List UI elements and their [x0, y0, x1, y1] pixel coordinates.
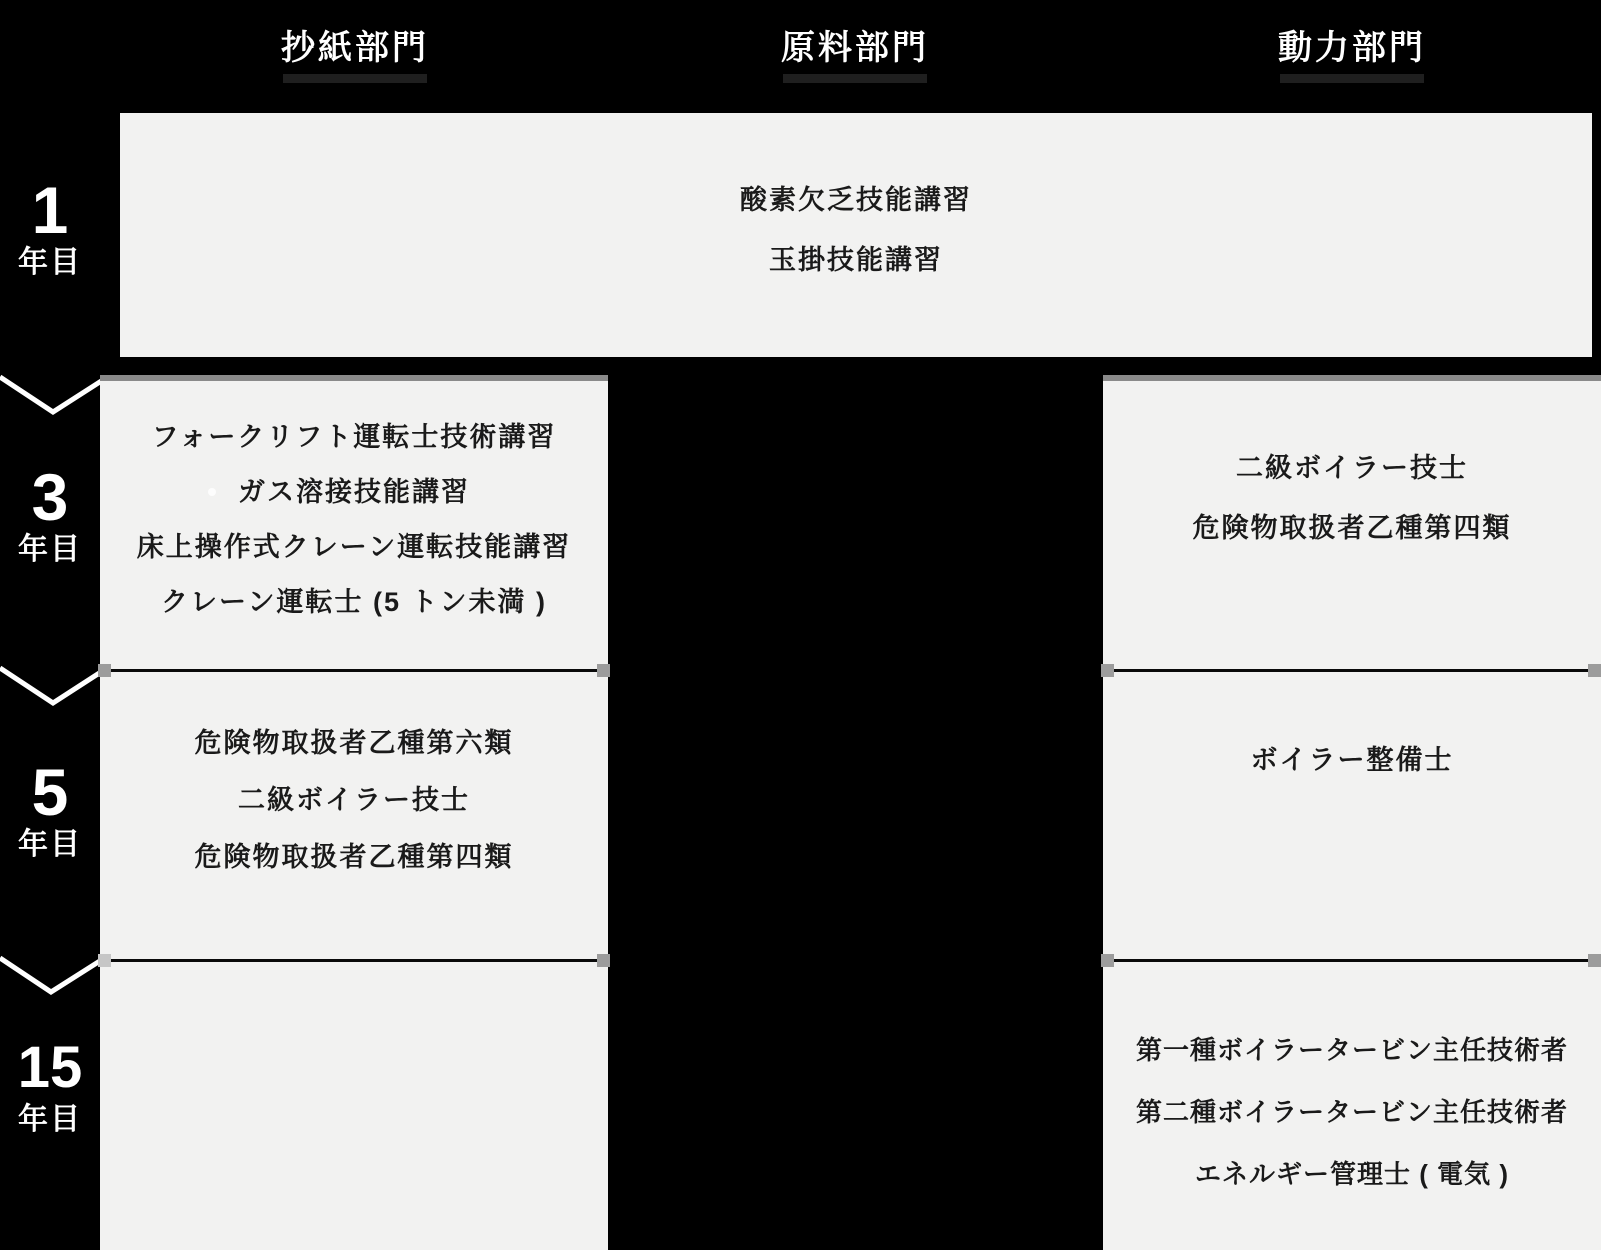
qualification-item: エネルギー管理士 ( 電気 ) — [1103, 1153, 1601, 1195]
qualification-item: 二級ボイラー技士 — [1103, 447, 1601, 489]
panel-year3-power: 二級ボイラー技士 危険物取扱者乙種第四類 — [1103, 375, 1601, 670]
line-end-handle — [1101, 664, 1114, 677]
header-underline-power — [1280, 74, 1424, 83]
row-separator-line — [1103, 959, 1601, 962]
qualification-timeline-diagram: 抄紙部門 原料部門 動力部門 1 年目 3 年目 5 年目 15 年目 酸素欠乏… — [0, 0, 1601, 1250]
line-end-handle — [1588, 954, 1601, 967]
panel-year5-power: ボイラー整備士 — [1103, 670, 1601, 960]
year-label-15-suffix: 年目 — [0, 1102, 100, 1138]
qualification-item: 第二種ボイラータービン主任技術者 — [1103, 1091, 1601, 1133]
year-label-3: 3 — [0, 462, 100, 532]
header-underline-papermaking — [283, 74, 427, 83]
year-label-1: 1 — [0, 175, 100, 245]
stray-dot — [208, 488, 216, 496]
line-end-handle — [597, 954, 610, 967]
header-underline-raw-material — [783, 74, 927, 83]
column-header-power-label: 動力部門 — [1278, 29, 1426, 67]
qualification-item: 危険物取扱者乙種第六類 — [100, 722, 608, 764]
qualification-item: クレーン運転士 (5 トン未満 ) — [100, 581, 608, 623]
year-label-5-suffix: 年目 — [0, 827, 100, 863]
panel-year15-papermaking — [100, 960, 608, 1250]
qualification-item: フォークリフト運転士技術講習 — [100, 416, 608, 458]
row-separator-line — [1103, 669, 1601, 672]
year-label-3-suffix: 年目 — [0, 532, 100, 568]
qualification-item: ガス溶接技能講習 — [100, 471, 608, 513]
panel-top-bar — [100, 375, 608, 381]
line-end-handle — [98, 954, 111, 967]
panel-top-bar — [1103, 375, 1601, 381]
panel-year15-power: 第一種ボイラータービン主任技術者 第二種ボイラータービン主任技術者 エネルギー管… — [1103, 960, 1601, 1250]
column-header-papermaking: 抄紙部門 — [105, 26, 605, 70]
line-end-handle — [98, 664, 111, 677]
year-label-5: 5 — [0, 757, 100, 827]
column-header-raw-material: 原料部門 — [605, 26, 1105, 70]
row-separator-line — [100, 669, 608, 672]
column-header-papermaking-label: 抄紙部門 — [281, 29, 429, 67]
column-header-raw-material-label: 原料部門 — [781, 29, 929, 67]
line-end-handle — [1101, 954, 1114, 967]
qualification-item: ボイラー整備士 — [1103, 739, 1601, 781]
qualification-item: 二級ボイラー技士 — [100, 779, 608, 821]
panel-year1-all-departments: 酸素欠乏技能講習 玉掛技能講習 — [120, 113, 1592, 357]
chevron-down-icon — [0, 663, 112, 709]
chevron-down-icon — [0, 372, 112, 418]
qualification-item: 危険物取扱者乙種第四類 — [1103, 507, 1601, 549]
qualification-item: 玉掛技能講習 — [120, 239, 1592, 281]
column-header-power: 動力部門 — [1102, 26, 1601, 70]
qualification-item: 危険物取扱者乙種第四類 — [100, 836, 608, 878]
qualification-item: 第一種ボイラータービン主任技術者 — [1103, 1029, 1601, 1071]
year-label-15: 15 — [0, 1033, 100, 1103]
chevron-down-icon — [0, 953, 112, 999]
line-end-handle — [597, 664, 610, 677]
qualification-item: 床上操作式クレーン運転技能講習 — [100, 526, 608, 568]
panel-year5-papermaking: 危険物取扱者乙種第六類 二級ボイラー技士 危険物取扱者乙種第四類 — [100, 670, 608, 960]
year-label-1-suffix: 年目 — [0, 245, 100, 281]
line-end-handle — [1588, 664, 1601, 677]
qualification-item: 酸素欠乏技能講習 — [120, 179, 1592, 221]
row-separator-line — [100, 959, 608, 962]
panel-year3-papermaking: フォークリフト運転士技術講習 ガス溶接技能講習 床上操作式クレーン運転技能講習 … — [100, 375, 608, 670]
